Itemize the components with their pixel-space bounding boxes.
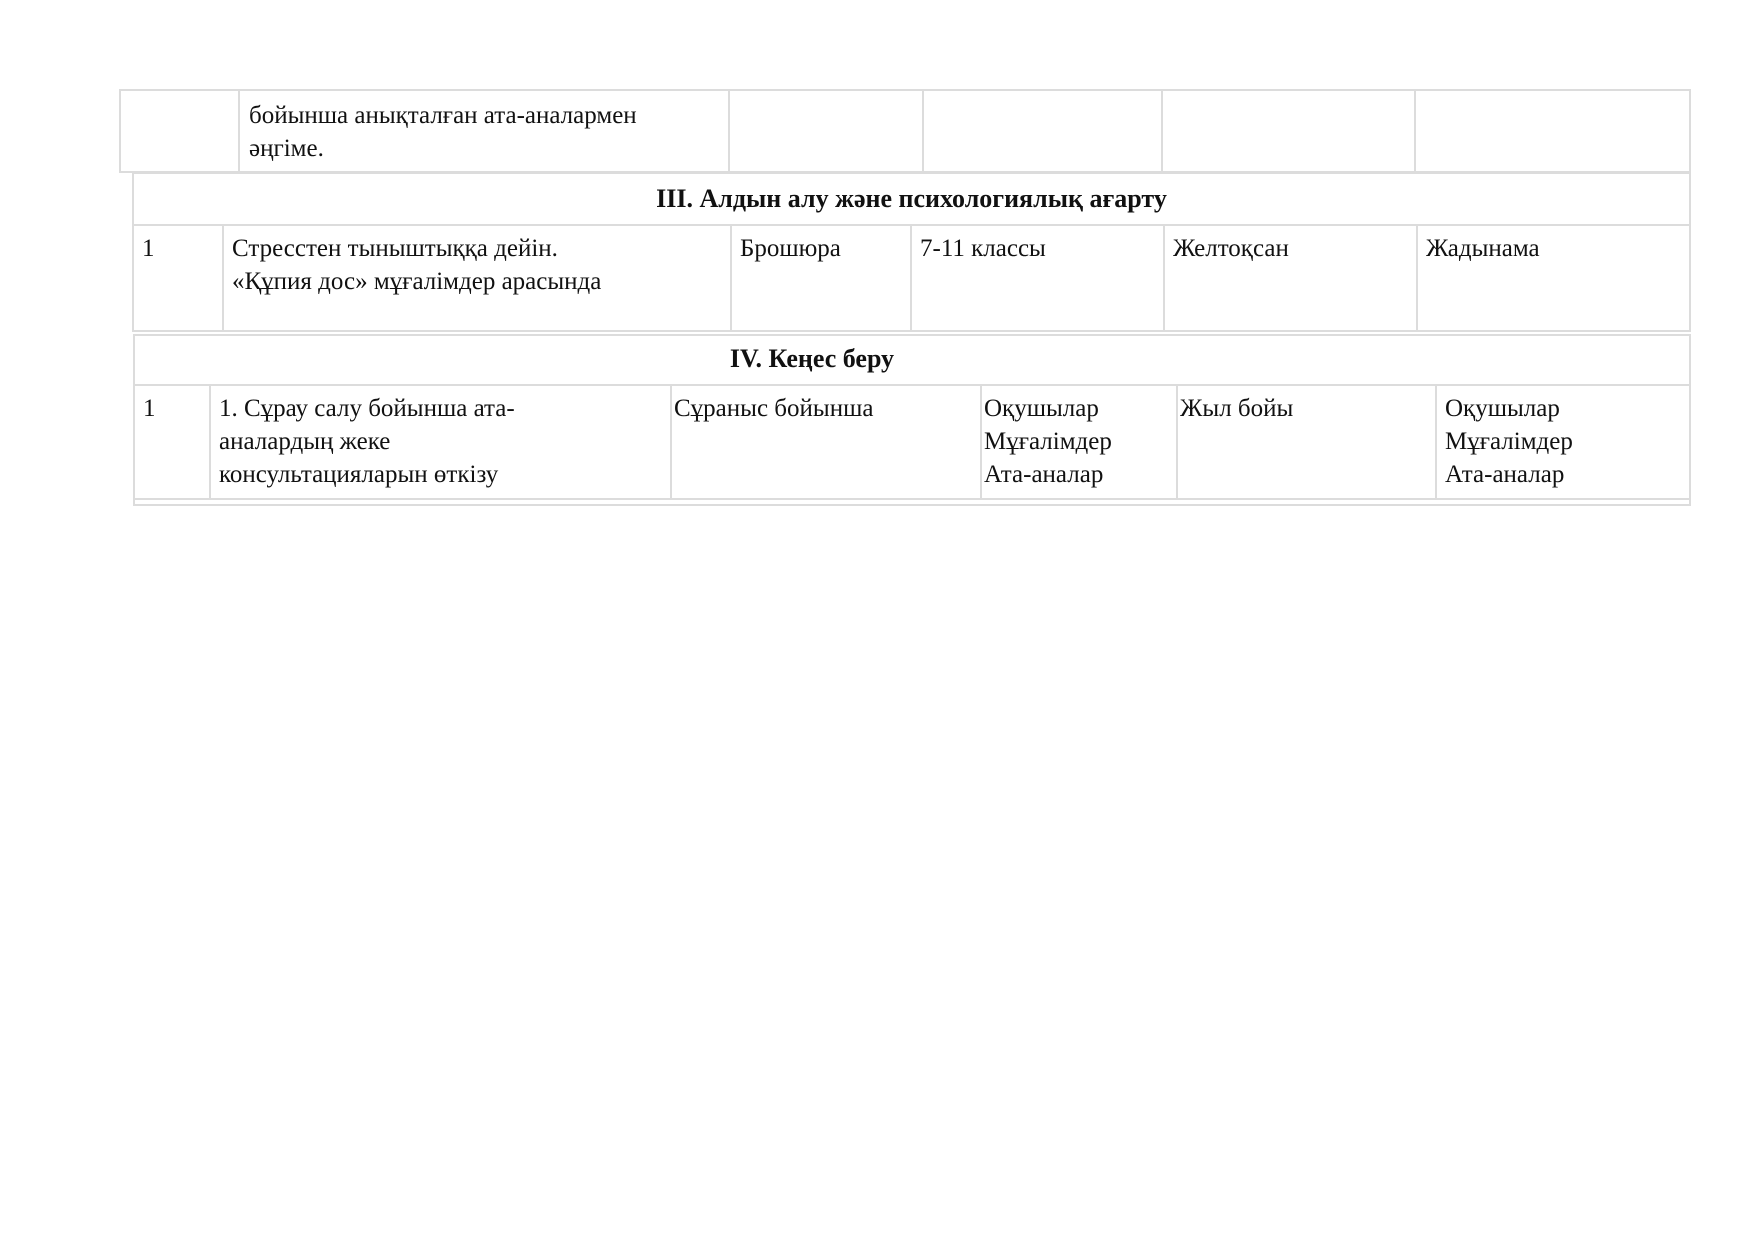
cell-text: Оқушылар — [984, 392, 1168, 425]
cell-time: Жыл бойы — [1178, 386, 1437, 498]
table-section-3: III. Алдын алу және психологиялық ағарту… — [132, 172, 1691, 332]
cell-text: Сұраныс бойынша — [674, 395, 873, 422]
cell-text: 1. Сұрау салу бойынша ата- — [219, 392, 662, 425]
cell-text: 7-11 классы — [920, 235, 1046, 262]
cell-participants — [924, 91, 1163, 171]
cell-form: Брошюра — [732, 226, 912, 330]
cell-number: 1 — [134, 226, 224, 330]
cell-number — [121, 91, 240, 171]
cell-text: Оқушылар — [1445, 392, 1685, 425]
cell-text: «Құпия дос» мұғалімдер арасында — [232, 265, 722, 298]
cell-result: Оқушылар Мұғалімдер Ата-аналар — [1437, 386, 1693, 498]
table-row: 1 1. Сұрау салу бойынша ата- аналардың ж… — [135, 386, 1689, 500]
cell-text: Брошюра — [740, 235, 841, 262]
cell-text: Мұғалімдер — [984, 425, 1168, 458]
section-heading: III. Алдын алу және психологиялық ағарту — [134, 174, 1689, 226]
cell-form — [730, 91, 924, 171]
cell-text: Ата-аналар — [1445, 458, 1685, 491]
cell-text: 1 — [142, 235, 155, 262]
cell-result: Жадынама — [1418, 226, 1693, 330]
cell-time — [1163, 91, 1416, 171]
cell-text: Мұғалімдер — [1445, 425, 1685, 458]
cell-text: бойынша анықталған ата-аналармен — [249, 99, 720, 132]
cell-participants: Оқушылар Мұғалімдер Ата-аналар — [982, 386, 1178, 498]
section-4-title: IV. Кеңес беру — [730, 344, 894, 373]
cell-text: әңгіме. — [249, 132, 720, 165]
cell-text: Стресстен тыныштыққа дейін. — [232, 232, 722, 265]
table-row: 1 Стресстен тыныштыққа дейін. «Құпия дос… — [134, 226, 1689, 330]
cell-number: 1 — [135, 386, 211, 498]
cell-result — [1416, 91, 1693, 171]
cell-activity: бойынша анықталған ата-аналармен әңгіме. — [240, 91, 730, 171]
table-continuation: бойынша анықталған ата-аналармен әңгіме. — [119, 89, 1691, 173]
table-row: бойынша анықталған ата-аналармен әңгіме. — [121, 91, 1689, 171]
cell-text: Жыл бойы — [1180, 395, 1293, 422]
cell-time: Желтоқсан — [1165, 226, 1418, 330]
cell-text: Ата-аналар — [984, 458, 1168, 491]
section-3-title: III. Алдын алу және психологиялық ағарту — [656, 184, 1167, 213]
cell-text: 1 — [143, 395, 156, 422]
section-heading: IV. Кеңес беру — [135, 336, 1689, 386]
table-section-4: IV. Кеңес беру 1 1. Сұрау салу бойынша а… — [133, 334, 1691, 506]
cell-form: Сұраныс бойынша — [672, 386, 982, 498]
cell-text: консультацияларын өткізу — [219, 458, 662, 491]
cell-text: аналардың жеке — [219, 425, 662, 458]
cell-participants: 7-11 классы — [912, 226, 1165, 330]
cell-activity: Стресстен тыныштыққа дейін. «Құпия дос» … — [224, 226, 732, 330]
cell-text: Желтоқсан — [1173, 235, 1289, 262]
cell-activity: 1. Сұрау салу бойынша ата- аналардың жек… — [211, 386, 672, 498]
cell-text: Жадынама — [1426, 235, 1540, 262]
